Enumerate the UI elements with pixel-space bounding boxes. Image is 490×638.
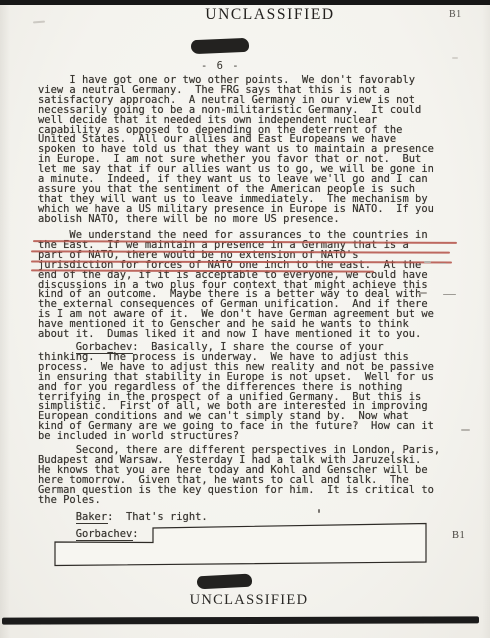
paragraph-baker-points: I have got one or two other points. We d…: [38, 76, 434, 225]
speaker-underline-gorbachev-2: [76, 540, 133, 541]
b1-marking-top: B1: [449, 9, 462, 20]
paragraph-gorbachev-response: Gorbachev: Basically, I share the course…: [38, 343, 434, 442]
scan-edge-bar-top: [0, 0, 490, 5]
pencil-dash-margin: [424, 261, 431, 263]
scanned-document-page: UNCLASSIFIED B1 - 6 - I have got one or …: [0, 0, 490, 638]
paragraph-baker-assurances: We understand the need for assurances to…: [38, 231, 434, 340]
scan-speck: [452, 57, 458, 59]
pencil-dash-margin: [418, 292, 427, 294]
scan-speck: [355, 421, 357, 424]
paragraph-gorbachev-redacted: Gorbachev:: [38, 530, 139, 540]
scan-edge-bar-bottom: [2, 616, 479, 624]
paragraph-gorbachev-perspectives: Second, there are different perspectives…: [38, 446, 440, 505]
redaction-stamp-bottom: [197, 574, 253, 590]
page-number: - 6 -: [201, 60, 240, 72]
pencil-dash-margin: [461, 429, 470, 431]
scan-speck: [33, 21, 45, 24]
speaker-underline-gorbachev-1: [76, 353, 133, 354]
b1-marking-mid: B1: [452, 530, 465, 541]
pencil-dash-margin: [443, 294, 456, 296]
speaker-underline-baker: [76, 523, 108, 524]
red-underline-annotation-line3: [31, 260, 452, 262]
paragraph-baker-thats-right: Baker: That's right.: [38, 513, 208, 523]
classification-footer: UNCLASSIFIED: [190, 592, 309, 609]
scan-speck: [318, 509, 320, 513]
redaction-stamp-top: [191, 38, 250, 55]
pencil-dash-margin: [440, 263, 446, 265]
classification-header: UNCLASSIFIED: [205, 6, 334, 24]
